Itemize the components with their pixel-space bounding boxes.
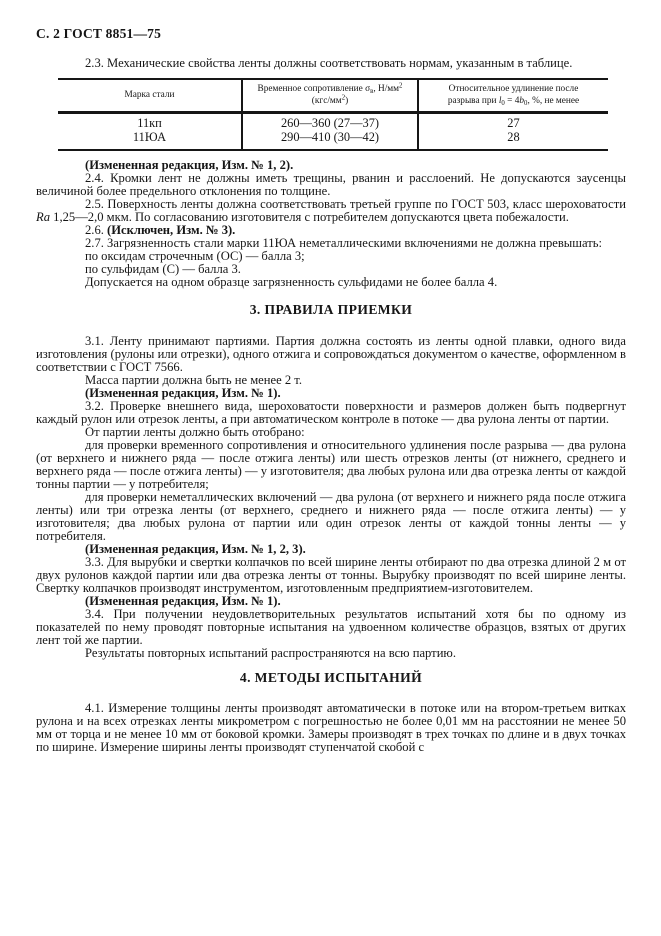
document-page: С. 2 ГОСТ 8851—75 2.3. Механические свой… (0, 0, 661, 936)
para-2-5-text-b: 1,25—2,0 мкм. По согласованию изготовите… (50, 210, 569, 224)
elongation-header-tail: , %, не менее (527, 96, 579, 106)
para-2-7-end: Допускается на одном образце загрязненно… (36, 276, 626, 289)
excluded-note: (Исключен, Изм. № 3). (107, 223, 235, 237)
alt-units-close: ) (345, 96, 348, 106)
tensile-header-units: , Н/мм (373, 84, 399, 94)
column-header-elongation: Относительное удлинение после разрыва пр… (418, 79, 608, 113)
cell-steel-grade: 11ЮА (58, 131, 242, 151)
mechanical-properties-table: Марка стали Временное сопротивление σв, … (58, 78, 608, 151)
table-row: 11кп 260—360 (27—37) 27 (58, 113, 608, 131)
para-2-5-text-a: 2.5. Поверхность ленты должна соответств… (85, 197, 626, 211)
elongation-formula: = 4 (505, 96, 520, 106)
para-3-2d: для проверки неметаллических включений —… (36, 491, 626, 543)
para-3-2c: для проверки временного сопротивления и … (36, 439, 626, 491)
section-4-heading: 4. МЕТОДЫ ИСПЫТАНИЙ (36, 670, 626, 685)
cell-tensile-strength: 290—410 (30—42) (242, 131, 418, 151)
para-3-1: 3.1. Ленту принимают партиями. Партия до… (36, 335, 626, 374)
ra-symbol: Ra (36, 210, 50, 224)
para-2-6-number: 2.6. (85, 223, 107, 237)
para-3-4b: Результаты повторных испытаний распростр… (36, 647, 626, 660)
para-4-1: 4.1. Измерение толщины ленты производят … (36, 702, 626, 754)
cell-elongation: 27 (418, 113, 608, 131)
tensile-header-text: Временное сопротивление σ (258, 84, 371, 94)
section-3-heading: 3. ПРАВИЛА ПРИЕМКИ (36, 302, 626, 317)
para-3-3: 3.3. Для вырубки и свертки колпачков по … (36, 556, 626, 595)
column-header-steel-grade: Марка стали (58, 79, 242, 113)
elongation-header-line2: разрыва при (448, 96, 499, 106)
para-3-4: 3.4. При получении неудовлетворительных … (36, 608, 626, 647)
elongation-header-line1: Относительное удлинение после (449, 84, 579, 94)
para-2-5: 2.5. Поверхность ленты должна соответств… (36, 198, 626, 224)
para-3-2: 3.2. Проверке внешнего вида, шероховатос… (36, 400, 626, 426)
cell-elongation: 28 (418, 131, 608, 151)
tensile-header-alt-units: (кгс/мм (312, 96, 342, 106)
para-2-4: 2.4. Кромки лент не должны иметь трещины… (36, 172, 626, 198)
page-header: С. 2 ГОСТ 8851—75 (36, 26, 626, 41)
cell-tensile-strength: 260—360 (27—37) (242, 113, 418, 131)
table-header-row: Марка стали Временное сопротивление σв, … (58, 79, 608, 113)
column-header-tensile-strength: Временное сопротивление σв, Н/мм2 (кгс/м… (242, 79, 418, 113)
units-superscript: 2 (399, 83, 402, 90)
cell-steel-grade: 11кп (58, 113, 242, 131)
table-row: 11ЮА 290—410 (30—42) 28 (58, 131, 608, 151)
para-2-3: 2.3. Механические свойства ленты должны … (36, 57, 626, 70)
